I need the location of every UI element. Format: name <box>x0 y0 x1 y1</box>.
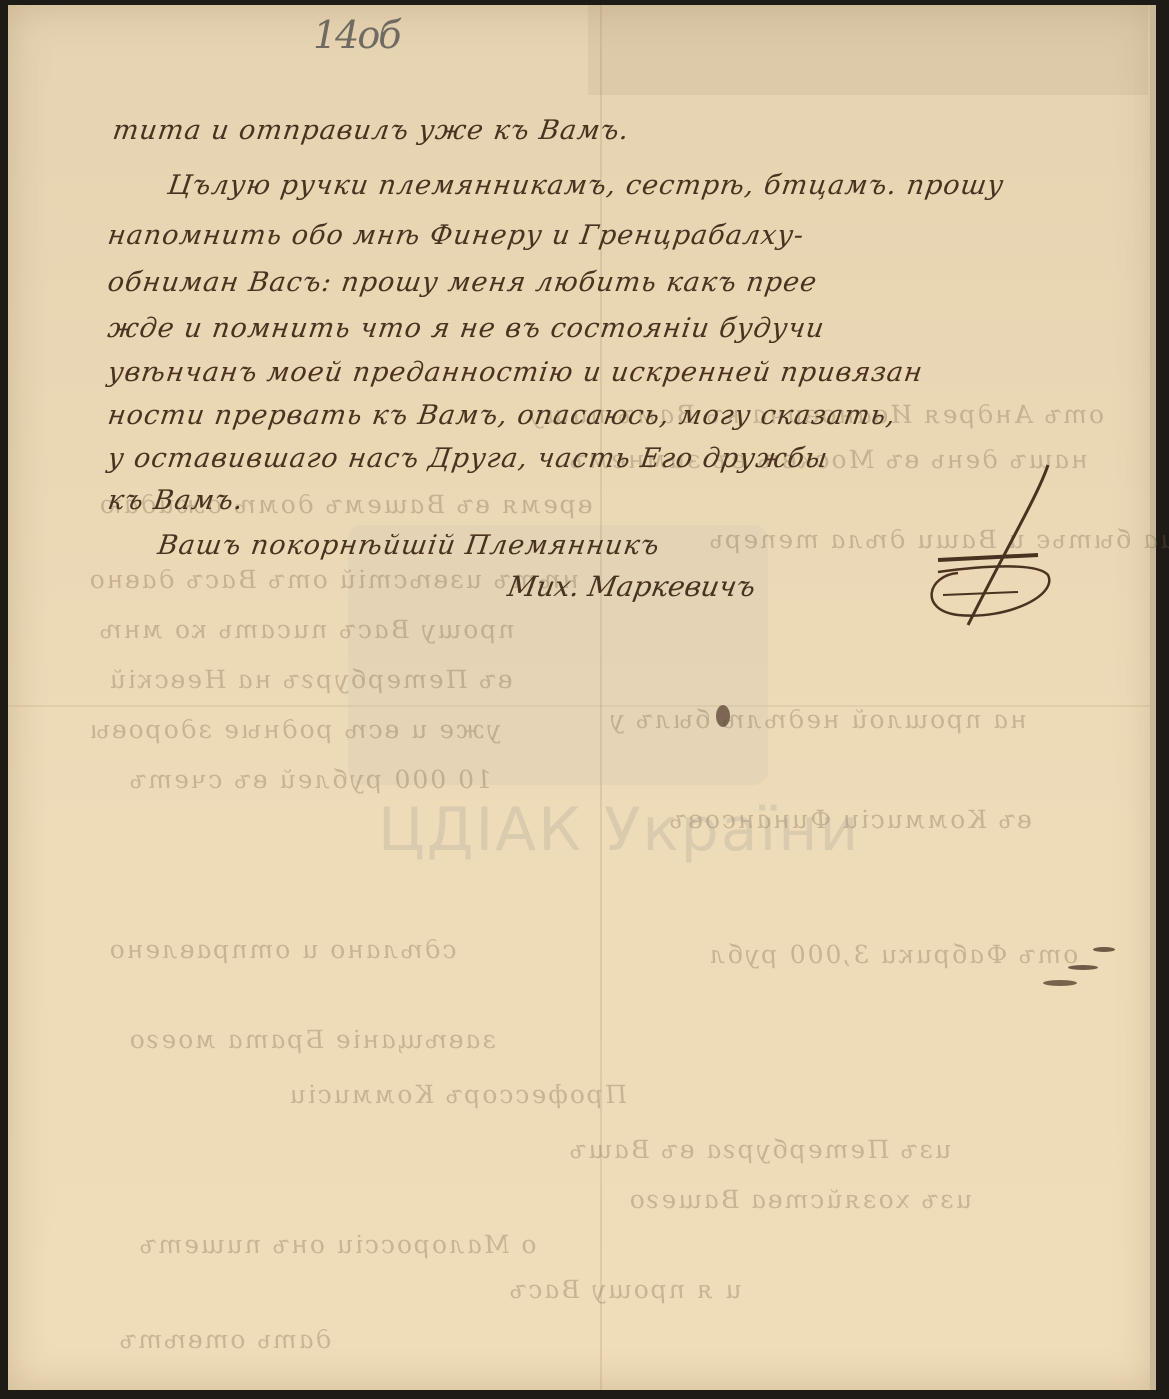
signature: Мих. Маркевичъ <box>505 570 758 603</box>
folio-number: 14об <box>313 13 399 57</box>
manuscript-page: отъ Андрея Ивановича къ Вамъ пишу нашъ д… <box>8 5 1156 1390</box>
letter-line: жде и помнить что я не въ состояніи буду… <box>106 313 827 344</box>
letter-line: къ Вамъ. <box>106 485 246 516</box>
bleed-line: изъ Петербурга въ Вашъ <box>566 1135 954 1164</box>
bleed-line: и я прошу Васъ <box>506 1275 744 1304</box>
letter-line: у оставившаго насъ Друга, часть Его друж… <box>106 443 830 474</box>
bleed-line: изъ хозяйства Вашего <box>626 1185 974 1214</box>
bleed-line: о Малороссіи онъ пишетъ <box>136 1230 539 1259</box>
ink-blot <box>1043 980 1077 986</box>
letter-line: обниман Васъ: прошу меня любить какъ пре… <box>106 267 819 298</box>
letter-line-closing: Вашъ покорнѣйшій Племянникъ <box>156 530 662 561</box>
ink-blot <box>1093 947 1115 952</box>
bleed-line: дать отвѣтъ <box>116 1325 334 1354</box>
archive-watermark: ЦДІАК України <box>378 795 860 865</box>
paper-shadow <box>588 5 1148 95</box>
bleed-line: отъ Фабрики 3,000 рубл <box>706 940 1081 969</box>
bleed-line: Профессоръ Коммисіи <box>286 1080 629 1109</box>
bleed-line: уже и всѣ родные здоровы <box>86 715 503 744</box>
bleed-line: 10 000 рублей въ счетъ <box>126 765 494 794</box>
ink-blot <box>1068 965 1098 970</box>
bleed-line: прошу Васъ писать ко мнѣ <box>96 615 517 644</box>
letter-line: увѣнчанъ моей преданностію и искренней п… <box>106 357 925 388</box>
page-edge <box>1150 5 1156 1390</box>
letter-line: напомнить обо мнѣ Финеру и Гренцрабалху- <box>106 220 806 251</box>
bleed-line: въ Петербургъ на Невскій <box>106 665 515 694</box>
letter-line: Цълую ручки племянникамъ, сестрѣ, бтцамъ… <box>166 170 1006 201</box>
bleed-line: сдѣлано и отправлено <box>106 935 459 964</box>
ink-blot <box>716 705 730 727</box>
signature-flourish-icon <box>898 455 1098 635</box>
letter-line: ности прервать къ Вамъ, опасаюсь, могу с… <box>106 400 898 431</box>
letter-line: тита и отправилъ уже къ Вамъ. <box>111 115 632 146</box>
bleed-line: завѣщаніе Брата моего <box>126 1025 498 1054</box>
archive-stamp-watermark <box>348 525 768 785</box>
bleed-line: на прошлой недѣлѣ былъ у <box>606 705 1029 734</box>
